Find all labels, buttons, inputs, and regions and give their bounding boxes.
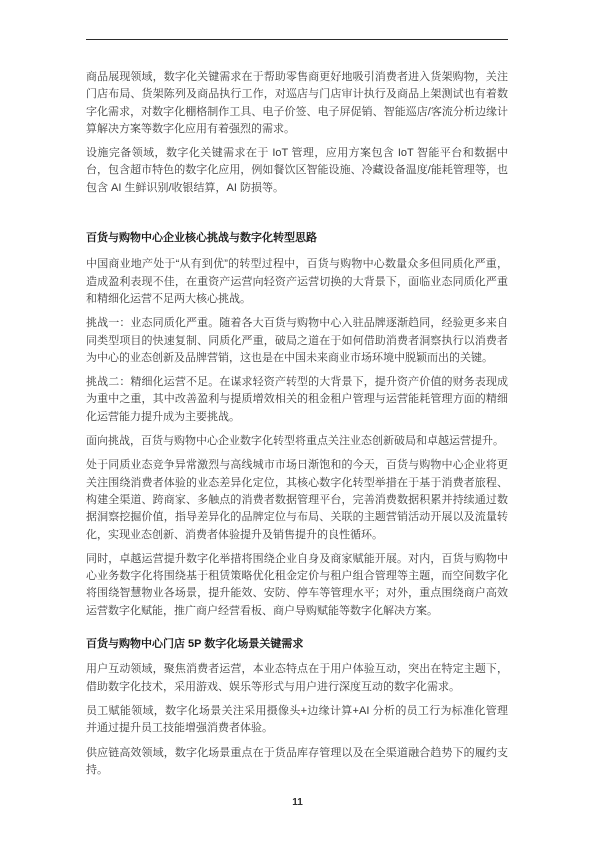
section-heading-5p-scenarios: 百货与购物中心门店 5P 数字化场景关键需求 (86, 636, 508, 653)
paragraph-challenge-1: 挑战一：业态同质化严重。随着各大百货与购物中心入驻品牌逐渐趋同，经验更多来自同类… (86, 315, 508, 367)
paragraph-supply-chain: 供应链高效领域，数字化场景重点在于货品库存管理以及在全渠道融合趋势下的履约支持。 (86, 745, 508, 780)
paragraph-user-interaction: 用户互动领域，聚焦消费者运营，本业态特点在于用户体验互动，突出在特定主题下，借助… (86, 661, 508, 696)
paragraph-product-display: 商品展现领域，数字化关键需求在于帮助零售商更好地吸引消费者进入货架购物，关注门店… (86, 69, 508, 138)
paragraph-differentiated-positioning: 处于同质业态竞争异常激烈与高线城市市场日渐饱和的今天，百货与购物中心企业将更关注… (86, 457, 508, 543)
paragraph-transformation-focus: 面向挑战，百货与购物中心企业数字化转型将重点关注业态创新破局和卓越运营提升。 (86, 433, 508, 450)
paragraph-operational-excellence: 同时，卓越运营提升数字化举措将围绕企业自身及商家赋能开展。对内，百货与购物中心业… (86, 551, 508, 620)
paragraph-challenge-2: 挑战二：精细化运营不足。在谋求轻资产转型的大背景下，提升资产价值的财务表现成为重… (86, 374, 508, 426)
page-number: 11 (0, 797, 595, 808)
section-heading-mall-challenges: 百货与购物中心企业核心挑战与数字化转型思路 (86, 230, 508, 247)
header-rule (86, 39, 508, 40)
paragraph-commercial-real-estate: 中国商业地产处于“从有到优”的转型过程中，百货与购物中心数量众多但同质化严重，造… (86, 256, 508, 308)
document-page: { "page": { "number": "11" }, "theme": {… (0, 0, 595, 842)
paragraph-employee-enablement: 员工赋能领域，数字化场景关注采用摄像头+边缘计算+AI 分析的员工行为标准化管理… (86, 703, 508, 738)
page-body: 商品展现领域，数字化关键需求在于帮助零售商更好地吸引消费者进入货架购物，关注门店… (86, 69, 508, 786)
paragraph-facility-iot: 设施完备领域，数字化关键需求在于 IoT 管理，应用方案包含 IoT 智能平台和… (86, 145, 508, 197)
